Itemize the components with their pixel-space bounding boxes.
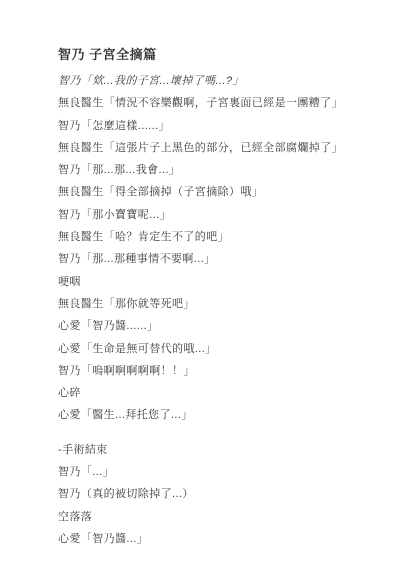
dialogue-line: 智乃「那...那...我會...」 xyxy=(58,164,372,177)
dialogue-line: 心碎 xyxy=(58,387,372,400)
dialogue-line: 智乃「...」 xyxy=(58,466,372,479)
dialogue-line: 無良醫生「哈？肯定生不了的吧」 xyxy=(58,231,372,244)
dialogue-line: 智乃「嗚啊啊啊啊啊！！」 xyxy=(58,365,372,378)
document-page: 智乃 子宮全摘篇 智乃「欸...我的子宮...壞掉了嗎...?」無良醫生「情況不… xyxy=(0,0,400,565)
dialogue-list: 智乃「欸...我的子宮...壞掉了嗎...?」無良醫生「情況不容樂觀啊，子宮裏面… xyxy=(58,75,372,546)
dialogue-line: -手術結束 xyxy=(58,444,372,457)
dialogue-line: 無良醫生「那你就等死吧」 xyxy=(58,298,372,311)
dialogue-line: 無良醫生「情況不容樂觀啊，子宮裏面已經是一團糟了」 xyxy=(58,97,372,110)
dialogue-line: 心愛「醫生...拜托您了...」 xyxy=(58,409,372,422)
dialogue-line: 智乃（真的被切除掉了...） xyxy=(58,488,372,501)
dialogue-line: 無良醫生「得全部摘掉（子宮摘除）哦」 xyxy=(58,186,372,199)
dialogue-line: 哽咽 xyxy=(58,276,372,289)
dialogue-line: 智乃「怎麼這樣......」 xyxy=(58,120,372,133)
dialogue-line: 空落落 xyxy=(58,511,372,524)
page-title: 智乃 子宮全摘篇 xyxy=(58,44,372,63)
dialogue-line: 心愛「智乃醬...」 xyxy=(58,533,372,546)
dialogue-line: 智乃「欸...我的子宮...壞掉了嗎...?」 xyxy=(58,75,372,88)
dialogue-line: 心愛「智乃醬......」 xyxy=(58,320,372,333)
dialogue-line: 智乃「那...那種事情不要啊...」 xyxy=(58,253,372,266)
blank-spacer xyxy=(58,432,372,444)
dialogue-line: 智乃「那小寶寶呢...」 xyxy=(58,209,372,222)
dialogue-line: 心愛「生命是無可替代的哦...」 xyxy=(58,343,372,356)
dialogue-line: 無良醫生「這張片子上黑色的部分，已經全部腐爛掉了」 xyxy=(58,142,372,155)
